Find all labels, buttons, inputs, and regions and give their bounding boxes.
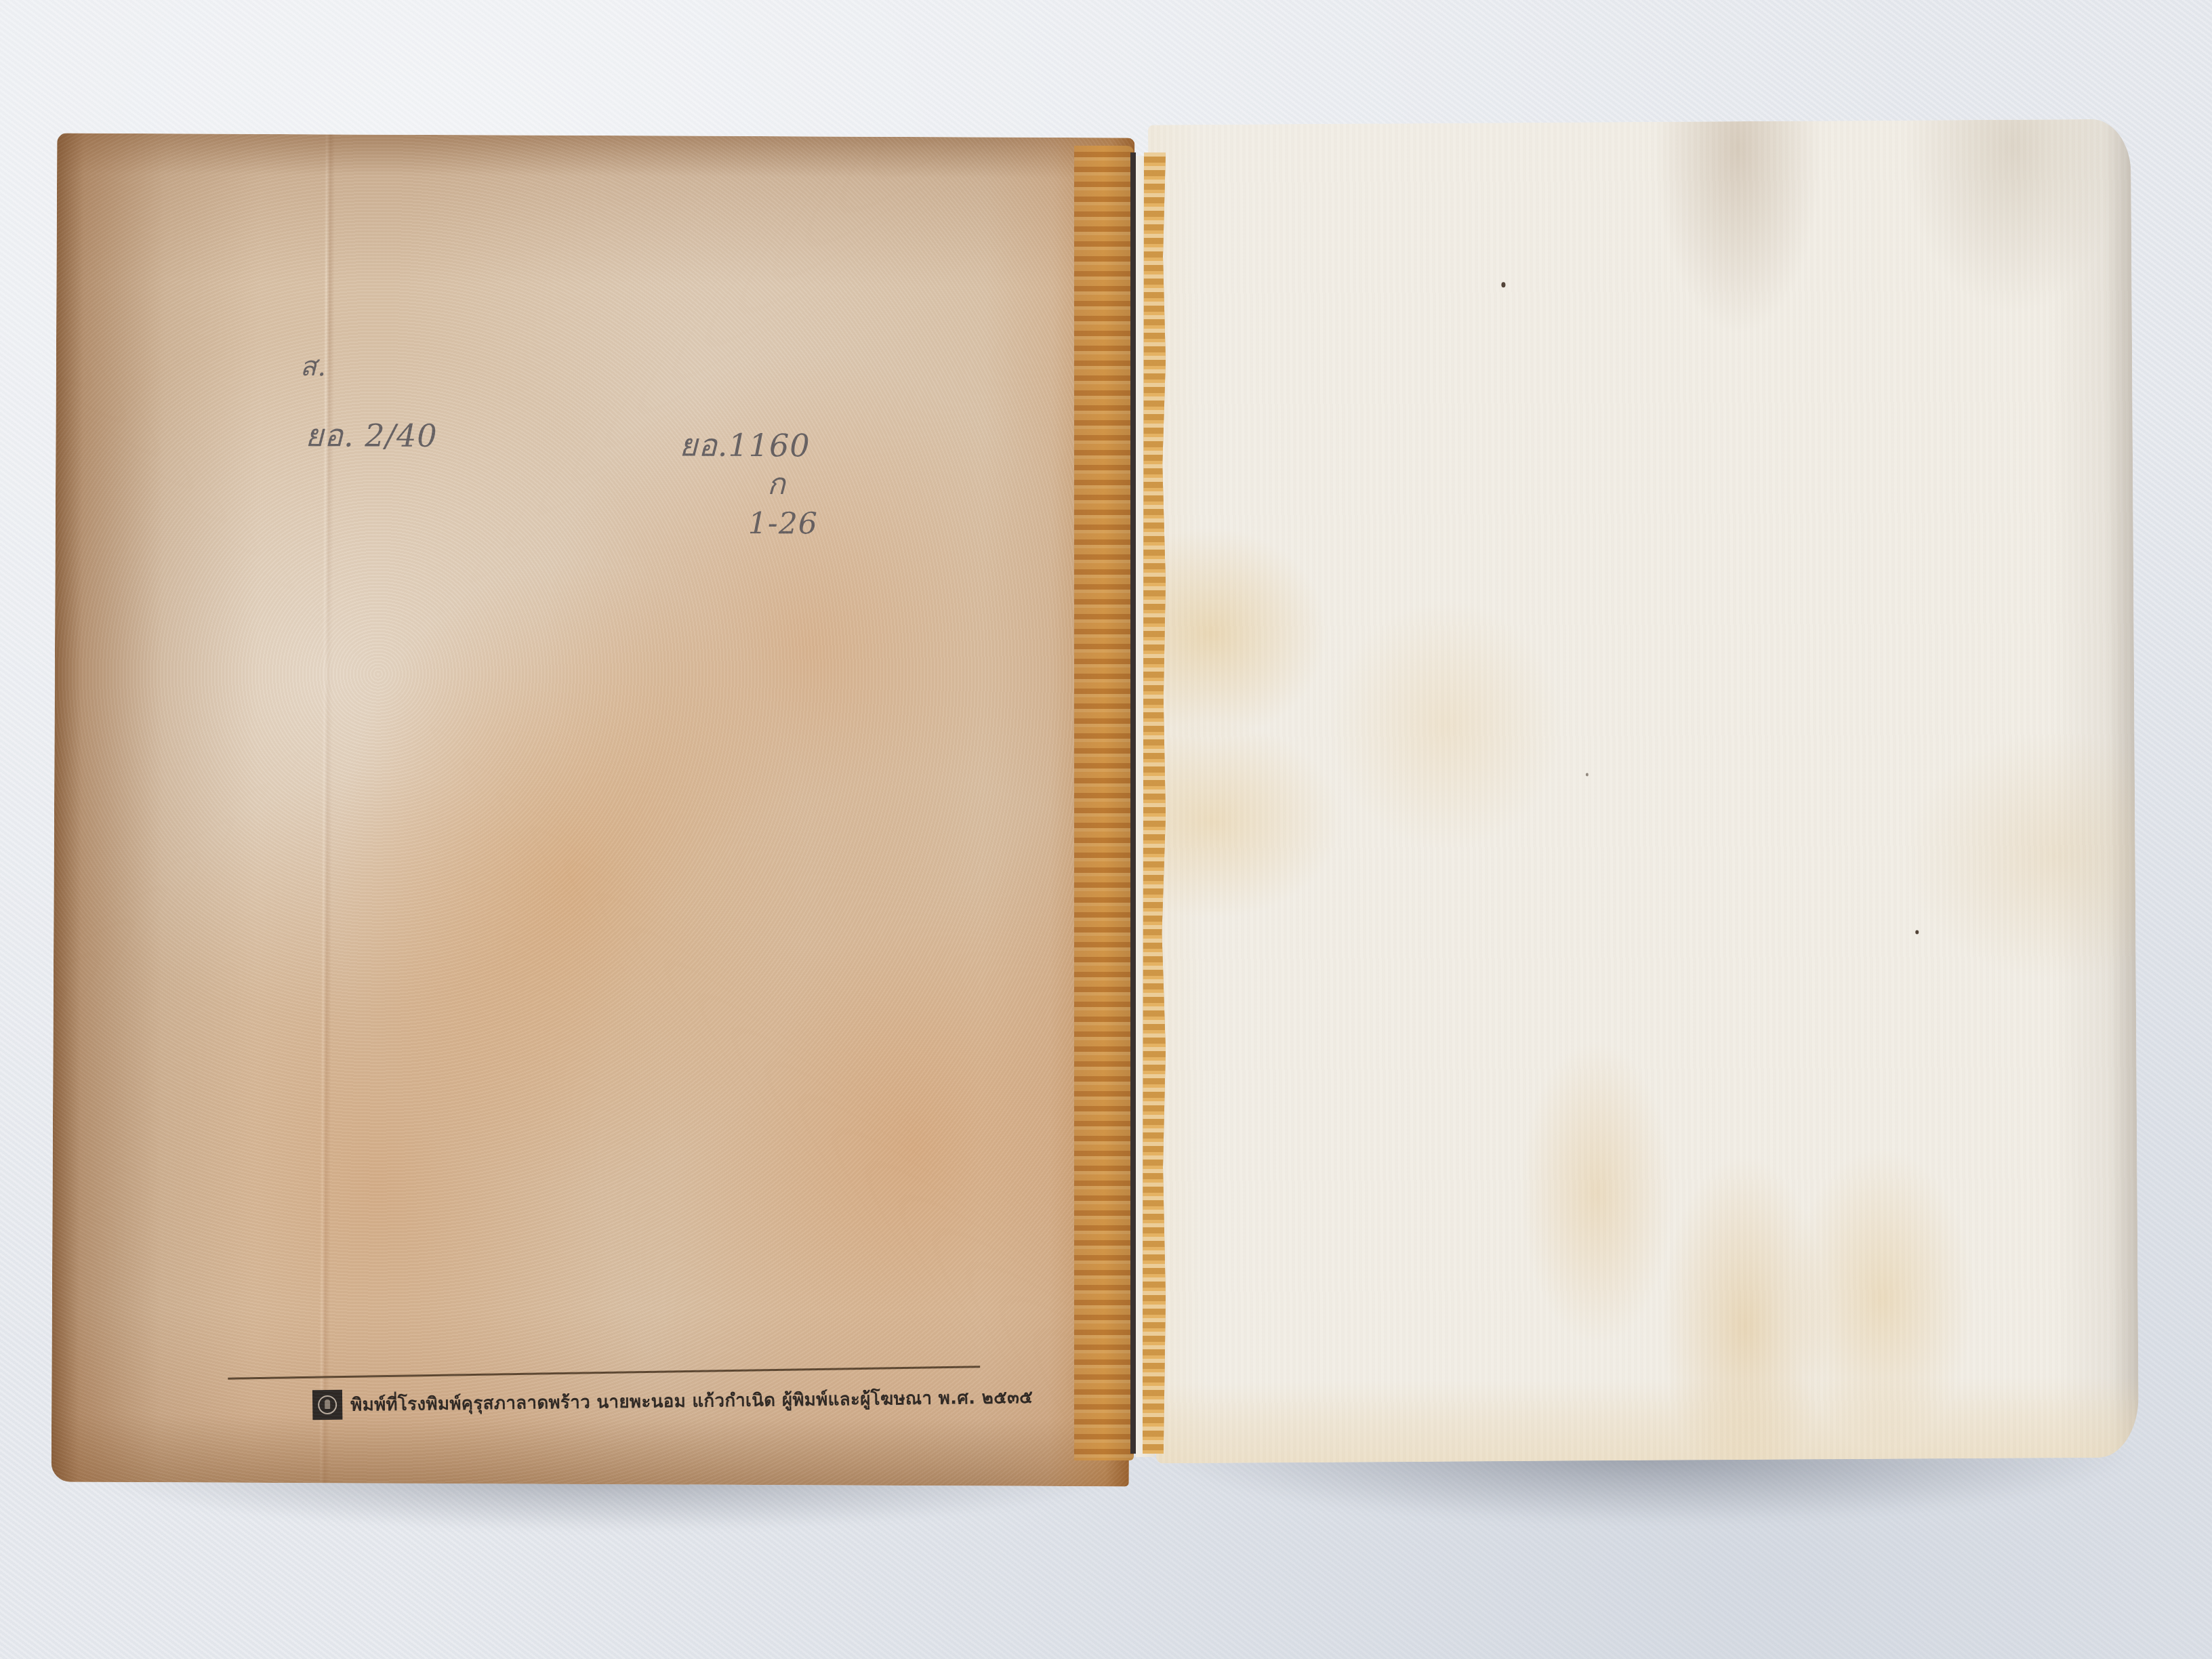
open-book: ส. ยอ. 2/40 ยอ.1160 ก 1-26 พิมพ์ที่โรงพิ… xyxy=(0,0,2212,1659)
footer-divider-rule xyxy=(228,1366,980,1379)
paper-fleck xyxy=(1586,773,1589,776)
kurusapha-seal-icon xyxy=(312,1390,342,1420)
back-cover-page: ส. ยอ. 2/40 ยอ.1160 ก 1-26 พิมพ์ที่โรงพิ… xyxy=(52,134,1135,1487)
paper-fleck xyxy=(1915,930,1919,935)
handwritten-call-number-left: ยอ. 2/40 xyxy=(305,411,437,461)
paper-fleck xyxy=(1501,282,1505,287)
colophon-text: พิมพ์ที่โรงพิมพ์คุรุสภาลาดพร้าว นายพะนอม… xyxy=(350,1383,1033,1418)
colophon: พิมพ์ที่โรงพิมพ์คุรุสภาลาดพร้าว นายพะนอม… xyxy=(312,1382,1033,1420)
handwritten-call-number-right-line2: ก xyxy=(767,460,786,508)
spine-gutter xyxy=(1130,152,1136,1454)
blank-endpaper-page xyxy=(1148,119,2139,1464)
spine-glue-left xyxy=(1074,146,1134,1460)
handwritten-mark: ส. xyxy=(300,344,327,388)
handwritten-call-number-right: ยอ.1160 xyxy=(679,421,811,471)
seal-circle xyxy=(318,1395,337,1414)
handwritten-call-number-right-line3: 1-26 xyxy=(748,506,818,541)
